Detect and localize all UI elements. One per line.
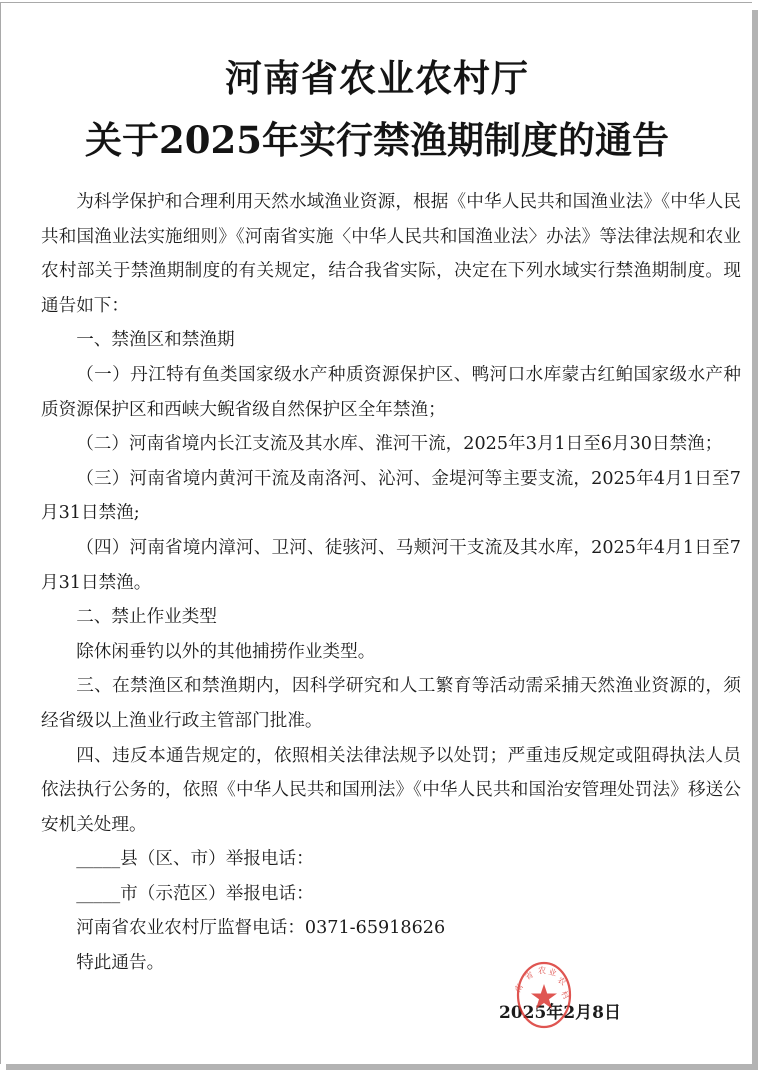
svg-text:省: 省 — [523, 969, 535, 982]
county-report-phone: _____县（区、市）举报电话： — [41, 842, 741, 877]
section-heading-1: 一、禁渔区和禁渔期 — [41, 323, 741, 358]
section-1-item-3: （三）河南省境内黄河干流及南洛河、沁河、金堤河等主要支流，2025年4月1日至7… — [41, 462, 741, 531]
section-1-item-4: （四）河南省境内漳河、卫河、徒骇河、马颊河干支流及其水库，2025年4月1日至7… — [41, 531, 741, 600]
document-title-org: 河南省农业农村厅 — [1, 55, 753, 101]
document-page: 河南省农业农村厅 关于2025年实行禁渔期制度的通告 为科学保护和合理利用天然水… — [0, 2, 752, 1064]
svg-text:农: 农 — [538, 965, 546, 975]
section-1-item-2: （二）河南省境内长江支流及其水库、淮河干流，2025年3月1日至6月30日禁渔； — [41, 427, 741, 462]
closing-line: 特此通告。 — [41, 946, 741, 981]
province-supervision-phone: 河南省农业农村厅监督电话：0371-65918626 — [41, 911, 741, 946]
section-heading-2: 二、禁止作业类型 — [41, 600, 741, 635]
document-title-subject: 关于2025年实行禁渔期制度的通告 — [1, 117, 753, 163]
section-1-item-1: （一）丹江特有鱼类国家级水产种质资源保护区、鸭河口水库蒙古红鲌国家级水产种质资源… — [41, 358, 741, 427]
page-shadow-right — [752, 10, 758, 1070]
page-shadow-bottom — [6, 1064, 758, 1070]
section-3-paragraph: 三、在禁渔区和禁渔期内，因科学研究和人工繁育等活动需采捕天然渔业资源的，须经省级… — [41, 669, 741, 738]
document-body: 为科学保护和合理利用天然水域渔业资源，根据《中华人民共和国渔业法》《中华人民共和… — [41, 185, 741, 981]
city-report-phone: _____市（示范区）举报电话： — [41, 877, 741, 912]
section-4-paragraph: 四、违反本通告规定的，依照相关法律法规予以处罚；严重违反规定或阻碍执法人员依法执… — [41, 739, 741, 843]
official-seal-icon: 省 农 业 农 村 南 — [515, 960, 573, 1030]
intro-paragraph: 为科学保护和合理利用天然水域渔业资源，根据《中华人民共和国渔业法》《中华人民共和… — [41, 185, 741, 323]
section-2-item-1: 除休闲垂钓以外的其他捕捞作业类型。 — [41, 635, 741, 670]
svg-text:业: 业 — [547, 966, 557, 978]
